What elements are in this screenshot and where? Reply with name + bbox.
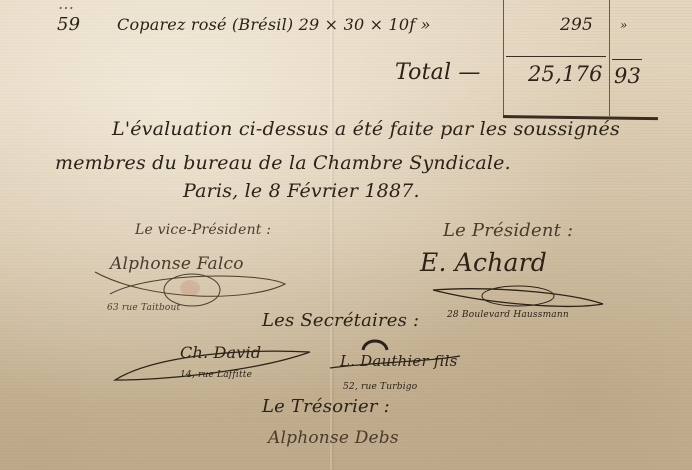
- date-line: Paris, le 8 Février 1887.: [183, 180, 420, 202]
- subtotal-rule: [506, 56, 606, 57]
- total-centimes: 93: [614, 64, 641, 88]
- treasurer-signature: Alphonse Debs: [268, 428, 399, 448]
- statement-line-2: membres du bureau de la Chambre Syndical…: [55, 152, 511, 174]
- statement-line-1: L'évaluation ci-dessus a été faite par l…: [112, 118, 620, 140]
- line-item-amount: 295: [560, 15, 593, 35]
- line-item-description: Coparez rosé (Brésil) 29 × 30 × 10f »: [117, 15, 431, 34]
- treasurer-title: Le Trésorier :: [262, 396, 390, 417]
- president-flourish: [428, 282, 608, 312]
- partial-top-row: …: [58, 0, 74, 13]
- line-item-centimes: »: [620, 18, 628, 32]
- secretary-2-flourish: [325, 336, 465, 376]
- line-item-number: 59: [57, 14, 80, 35]
- amount-column-left-border: [503, 0, 504, 116]
- secretary-1-address: 14, rue Laffitte: [180, 370, 252, 380]
- vice-president-title: Le vice-Président :: [135, 222, 271, 238]
- president-title: Le Président :: [443, 220, 573, 241]
- secretaries-title: Les Secrétaires :: [262, 310, 419, 331]
- president-address: 28 Boulevard Haussmann: [447, 310, 569, 320]
- vice-president-address: 63 rue Taitbout: [107, 303, 180, 313]
- president-signature: E. Achard: [420, 248, 547, 277]
- secretary-2-address: 52, rue Turbigo: [343, 382, 417, 392]
- subtotal-rule-centimes: [612, 59, 642, 60]
- secretary-1-flourish: [110, 340, 320, 390]
- total-label: Total —: [395, 60, 481, 85]
- total-amount: 25,176: [528, 62, 603, 86]
- amount-column-divider: [609, 0, 610, 116]
